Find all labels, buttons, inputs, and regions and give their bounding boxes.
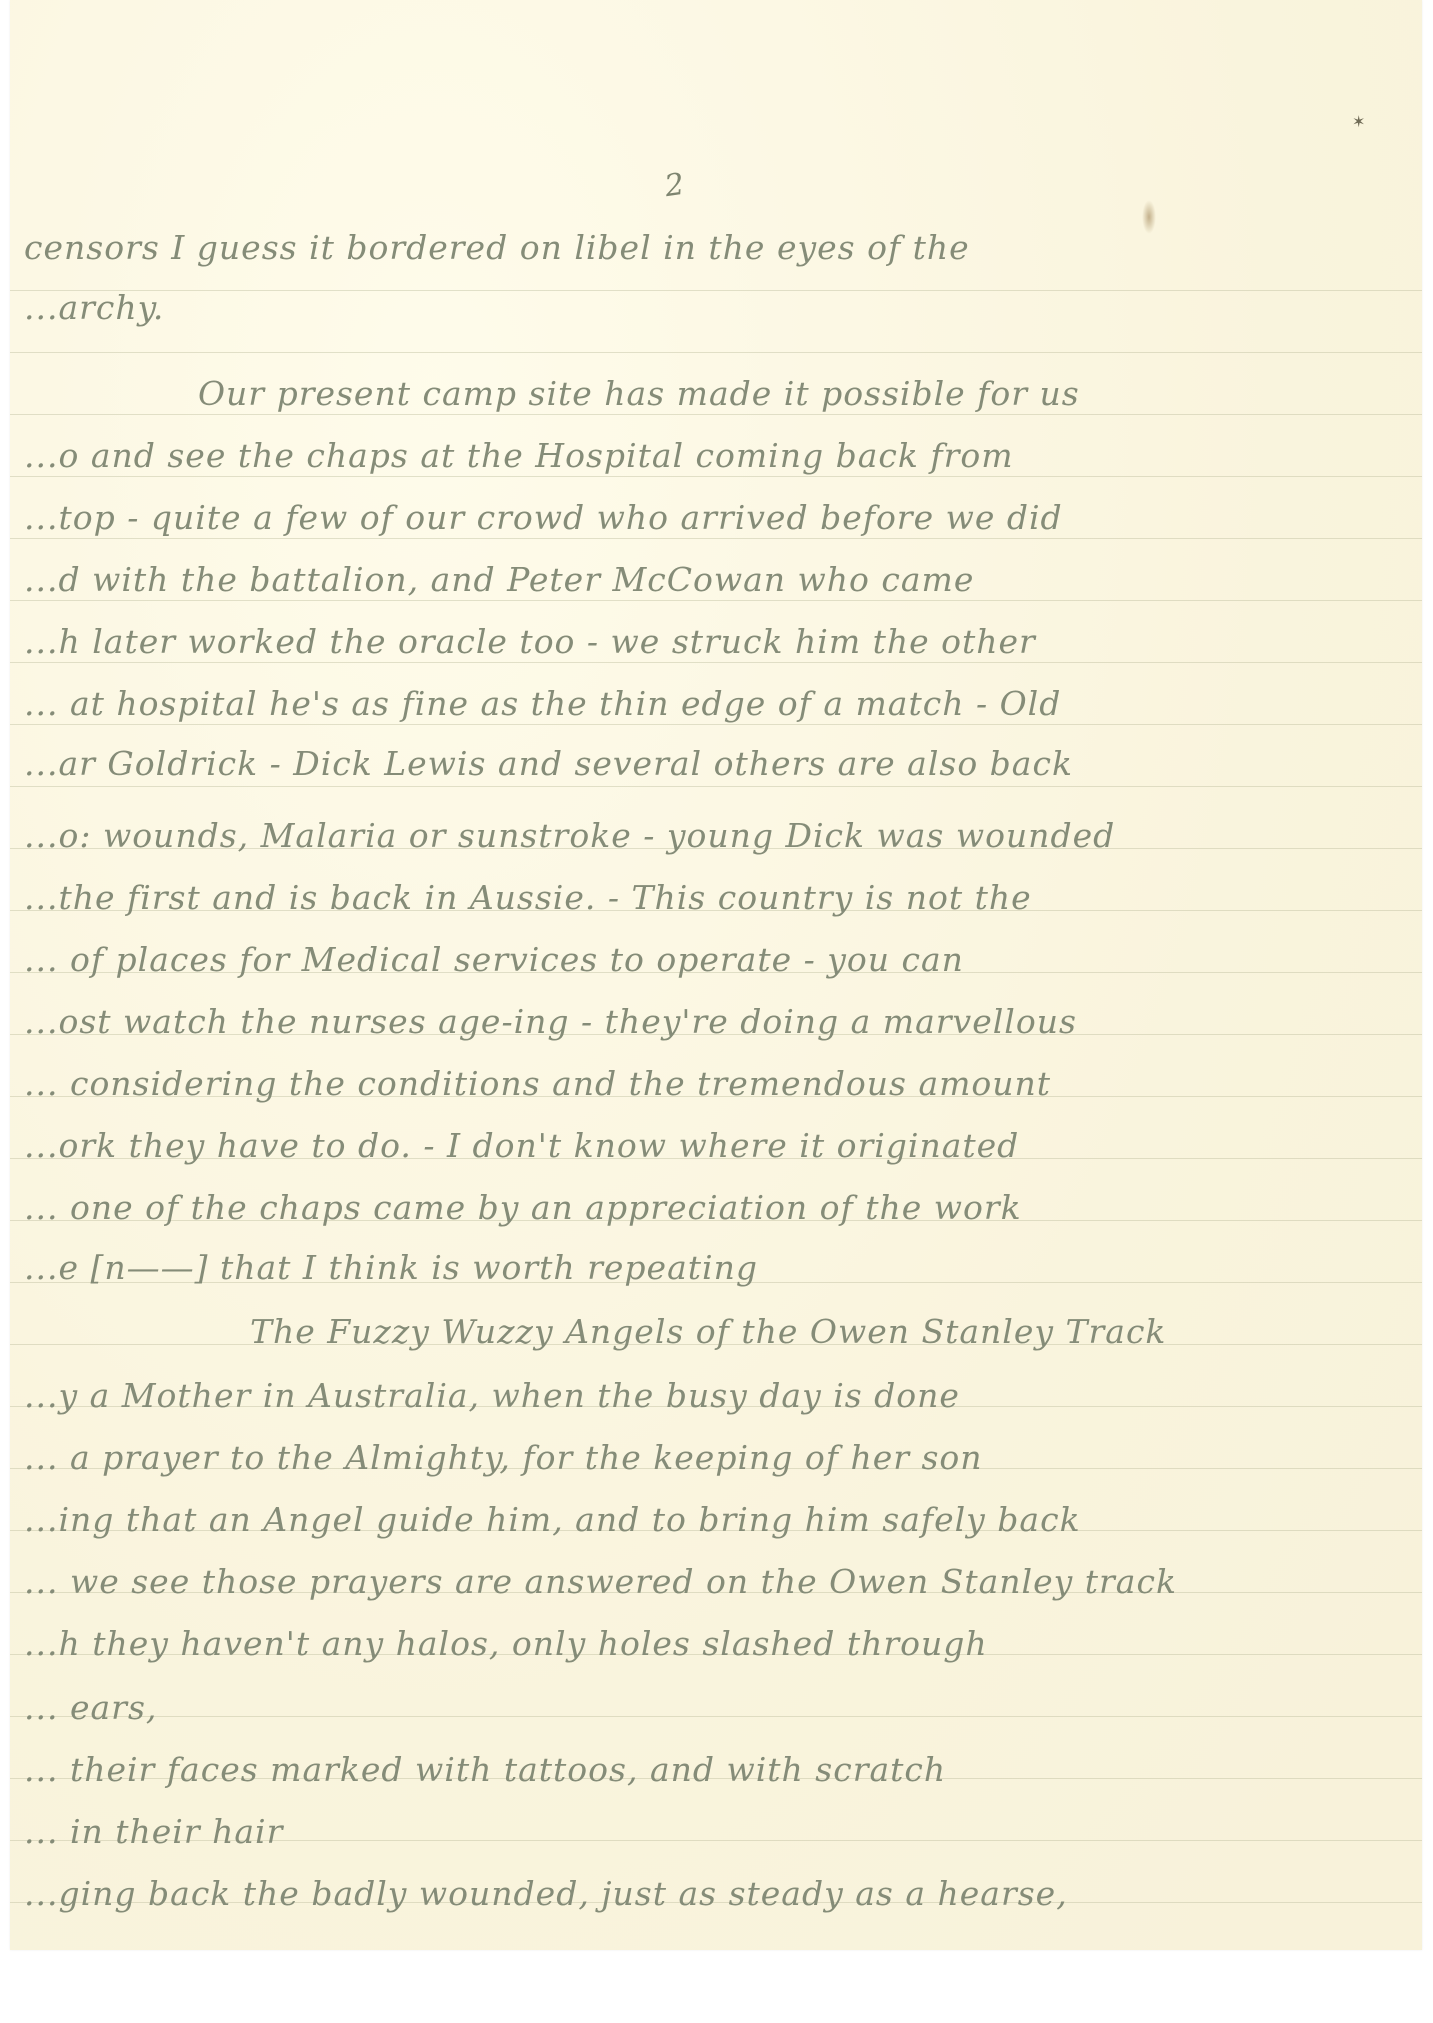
rule-line	[10, 414, 1422, 415]
text-line: ...ging back the badly wounded, just as …	[24, 1874, 1068, 1913]
text-line: ...h later worked the oracle too - we st…	[24, 622, 1036, 661]
text-line: ...h they haven't any halos, only holes …	[24, 1624, 988, 1663]
rule-line	[10, 724, 1422, 725]
rule-line	[10, 600, 1422, 601]
ink-mark-icon: ✶	[1352, 112, 1365, 132]
text-line: ...e [n——] that I think is worth repeati…	[24, 1248, 758, 1287]
text-line: ...y a Mother in Australia, when the bus…	[24, 1376, 960, 1415]
text-line: ...ost watch the nurses age-ing - they'r…	[24, 1002, 1077, 1041]
text-line: ...o: wounds, Malaria or sunstroke - you…	[24, 816, 1115, 855]
text-line: ... ears,	[24, 1688, 157, 1727]
text-line: ...ing that an Angel guide him, and to b…	[24, 1500, 1081, 1539]
rule-line	[10, 1716, 1422, 1717]
text-line: ... considering the conditions and the t…	[24, 1064, 1051, 1103]
text-line: ...d with the battalion, and Peter McCow…	[24, 560, 974, 599]
text-line: ...archy.	[24, 288, 164, 327]
letter-page: ✶ 2 censors I guess it bordered on libel…	[10, 0, 1422, 1950]
rule-line	[10, 352, 1422, 353]
rule-line	[10, 476, 1422, 477]
rule-line	[10, 786, 1422, 787]
text-line: censors I guess it bordered on libel in …	[24, 228, 970, 267]
text-line: ... at hospital he's as fine as the thin…	[24, 684, 1061, 723]
rule-line	[10, 538, 1422, 539]
ink-stain	[1142, 200, 1156, 234]
text-line: ...ork they have to do. - I don't know w…	[24, 1126, 1019, 1165]
rule-line	[10, 290, 1422, 291]
text-line: ... we see those prayers are answered on…	[24, 1562, 1177, 1601]
text-line: The Fuzzy Wuzzy Angels of the Owen Stanl…	[250, 1312, 1166, 1351]
text-line: ... of places for Medical services to op…	[24, 940, 964, 979]
text-line: ... one of the chaps came by an apprecia…	[24, 1188, 1022, 1227]
text-line: ... a prayer to the Almighty, for the ke…	[24, 1438, 983, 1477]
text-line: ...ar Goldrick - Dick Lewis and several …	[24, 744, 1073, 783]
text-line: ...top - quite a few of our crowd who ar…	[24, 498, 1063, 537]
text-line: ...o and see the chaps at the Hospital c…	[24, 436, 1014, 475]
text-line: ... in their hair	[24, 1812, 283, 1851]
rule-line	[10, 662, 1422, 663]
text-line: ...the first and is back in Aussie. - Th…	[24, 878, 1032, 917]
text-line: ... their faces marked with tattoos, and…	[24, 1750, 946, 1789]
text-line: Our present camp site has made it possib…	[198, 374, 1080, 413]
